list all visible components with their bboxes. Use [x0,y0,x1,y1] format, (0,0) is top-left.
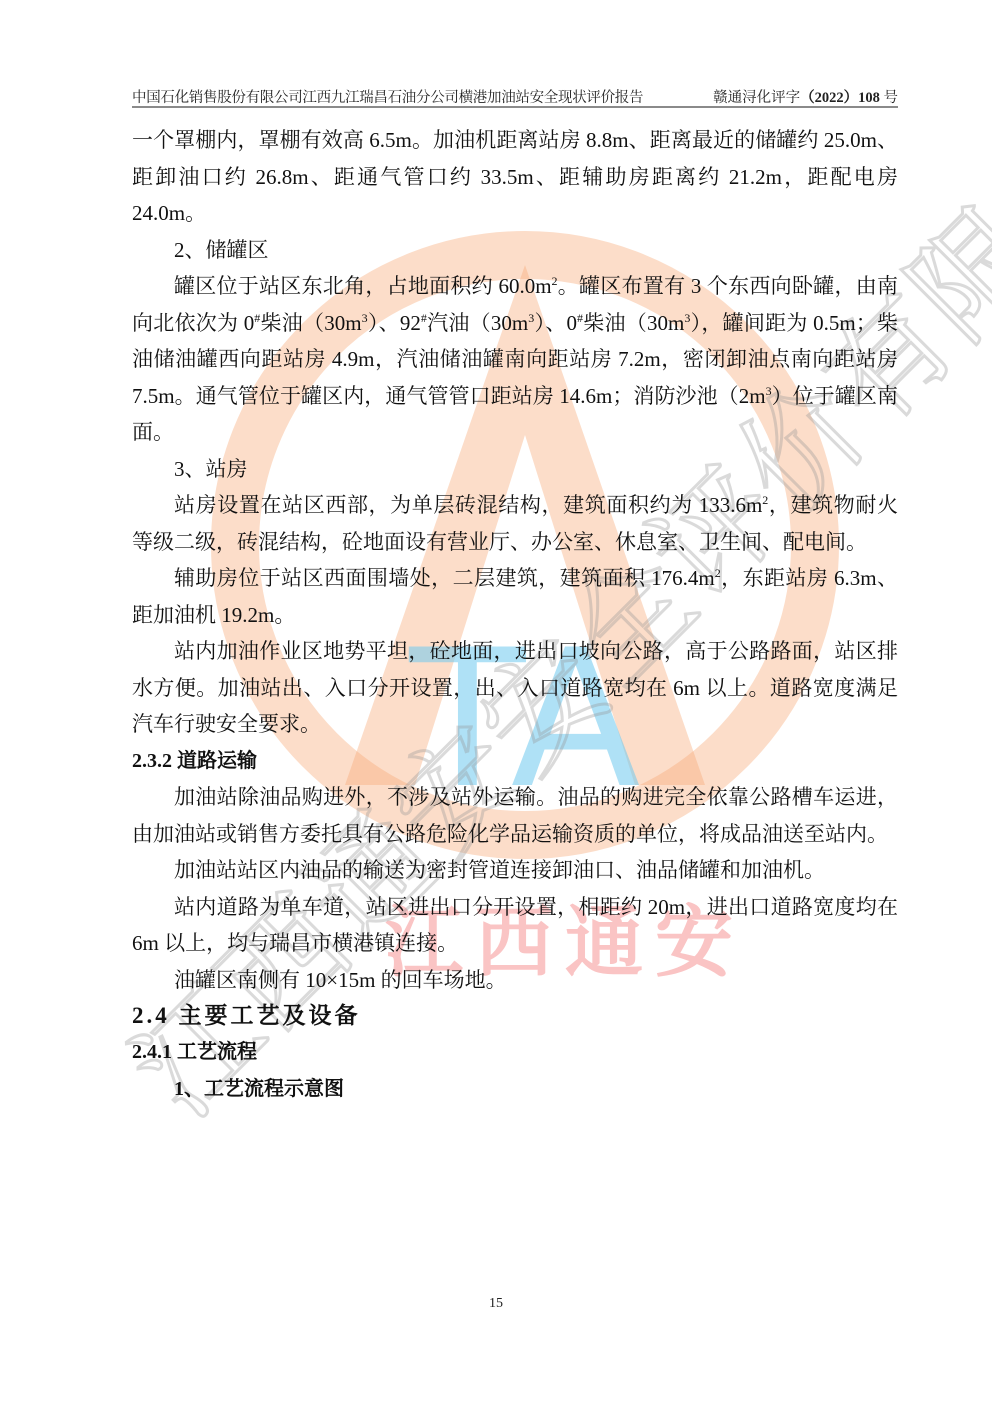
paragraph-auxiliary-house: 辅助房位于站区西面围墙处，二层建筑，建筑面积 176.4m2，东距站房 6.3m… [132,560,898,633]
paragraph-turnaround: 油罐区南侧有 10×15m 的回车场地。 [132,962,898,999]
subsection-title-process-diagram: 1、工艺流程示意图 [132,1071,898,1108]
page-header: 中国石化销售股份有限公司江西九江瑞昌石油分公司横港加油站安全现状评价报告 赣通浔… [132,86,898,106]
document-body: 一个罩棚内，罩棚有效高 6.5m。加油机距离站房 8.8m、距离最近的储罐约 2… [132,122,898,1107]
document-page: TA 江西通安 江西通安安全评价有限公司 中国石化销售股份有限公司江西九江瑞昌石… [0,0,992,1403]
paragraph-tank-area: 罐区位于站区东北角，占地面积约 60.0m2。罐区布置有 3 个东西向卧罐，由南… [132,268,898,451]
paragraph-pipeline: 加油站站区内油品的输送为密封管道连接卸油口、油品储罐和加油机。 [132,852,898,889]
page-number: 15 [0,1296,992,1312]
paragraph: 一个罩棚内，罩棚有效高 6.5m。加油机距离站房 8.8m、距离最近的储罐约 2… [132,122,898,232]
document-number: 赣通浔化评字（2022）108 号 [713,86,898,107]
section-heading-2-3-2: 2.3.2 道路运输 [132,743,898,780]
paragraph-operating-area: 站内加油作业区地势平坦，砼地面，进出口坡向公路，高于公路路面，站区排水方便。加油… [132,633,898,743]
paragraph-roads: 站内道路为单车道，站区进出口分开设置，相距约 20m，进出口道路宽度均在 6m … [132,889,898,962]
paragraph-transport: 加油站除油品购进外，不涉及站外运输。油品的购进完全依靠公路槽车运进，由加油站或销… [132,779,898,852]
header-divider [132,106,898,108]
section-heading-2-4-1: 2.4.1 工艺流程 [132,1034,898,1071]
section-heading-2-4: 2.4 主要工艺及设备 [132,998,898,1034]
subsection-title-station-house: 3、站房 [132,451,898,488]
subsection-title-tank-area: 2、储罐区 [132,232,898,269]
paragraph-station-house: 站房设置在站区西部，为单层砖混结构，建筑面积约为 133.6m2，建筑物耐火等级… [132,487,898,560]
report-title: 中国石化销售股份有限公司江西九江瑞昌石油分公司横港加油站安全现状评价报告 [132,86,643,107]
